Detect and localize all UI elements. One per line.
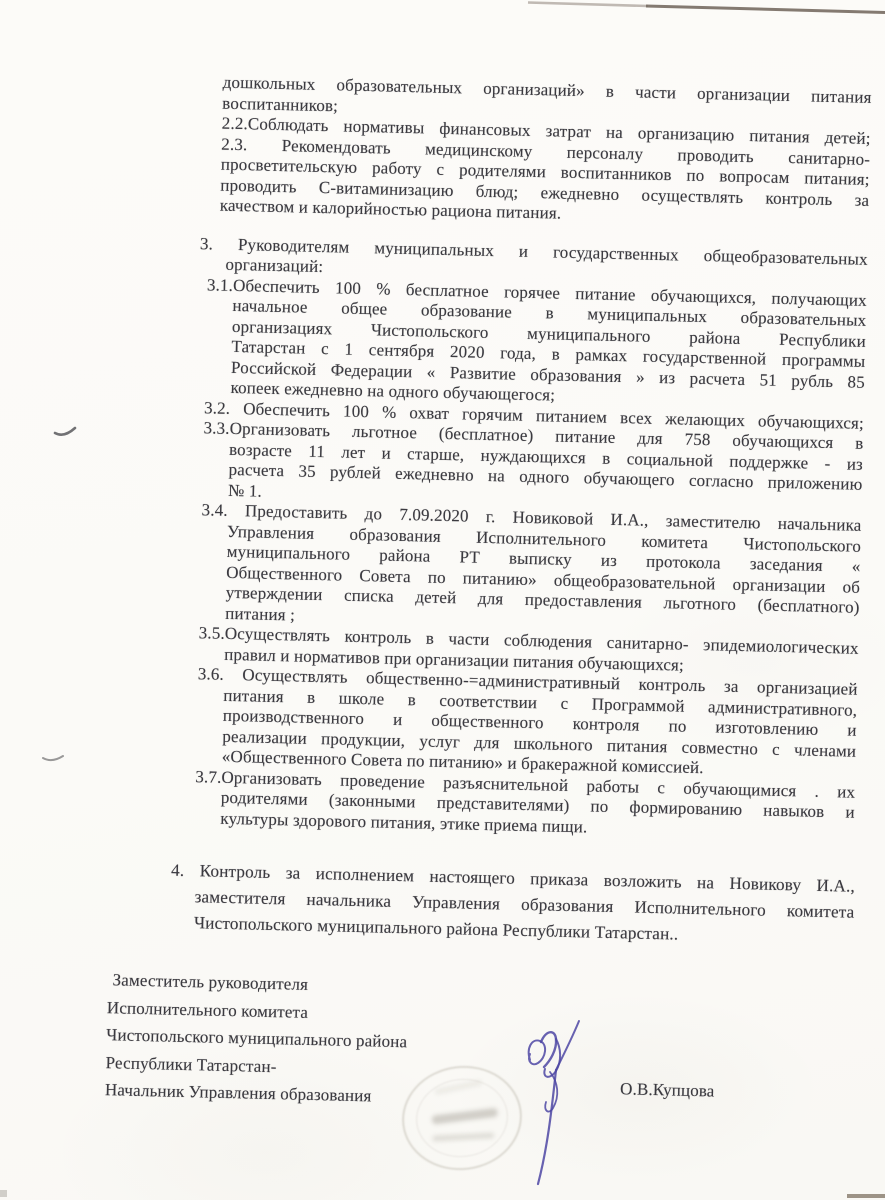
- subitem-3-6: 3.6. Осуществлять общественно-=администр…: [196, 664, 858, 782]
- signature-stroke: [529, 1040, 545, 1064]
- subitem-3-1: 3.1.Обеспечить 100 % бесплатное горячее …: [204, 275, 867, 414]
- scanned-order-page: дошкольных образовательных организаций» …: [0, 0, 885, 1200]
- signer-name: О.В.Купцова: [620, 1075, 715, 1105]
- bottom-left-speck: [0, 1190, 7, 1197]
- margin-mark-icon: [43, 756, 63, 760]
- signature-stroke: [541, 1032, 556, 1067]
- scan-edge-line: [646, 6, 885, 13]
- subitem-3-4: 3.4. Предоставить до 7.09.2020 г. Новико…: [199, 500, 862, 639]
- handwritten-signature: [522, 1014, 602, 1188]
- paragraph-2-3: 2.3. Рекомендовать медицинскому персонал…: [220, 134, 871, 231]
- document-body: дошкольных образовательных организаций» …: [172, 72, 872, 1121]
- subitem-3-3: 3.3.Организовать льготное (бесплатное) п…: [202, 418, 864, 516]
- scan-edge-line: [528, 3, 648, 7]
- bottom-right-corner-mark: [847, 1194, 885, 1198]
- signature-stroke: [538, 1070, 556, 1184]
- item-4: 4. Контроль за исполнением настоящего пр…: [170, 858, 856, 952]
- margin-mark-icon: [55, 428, 75, 435]
